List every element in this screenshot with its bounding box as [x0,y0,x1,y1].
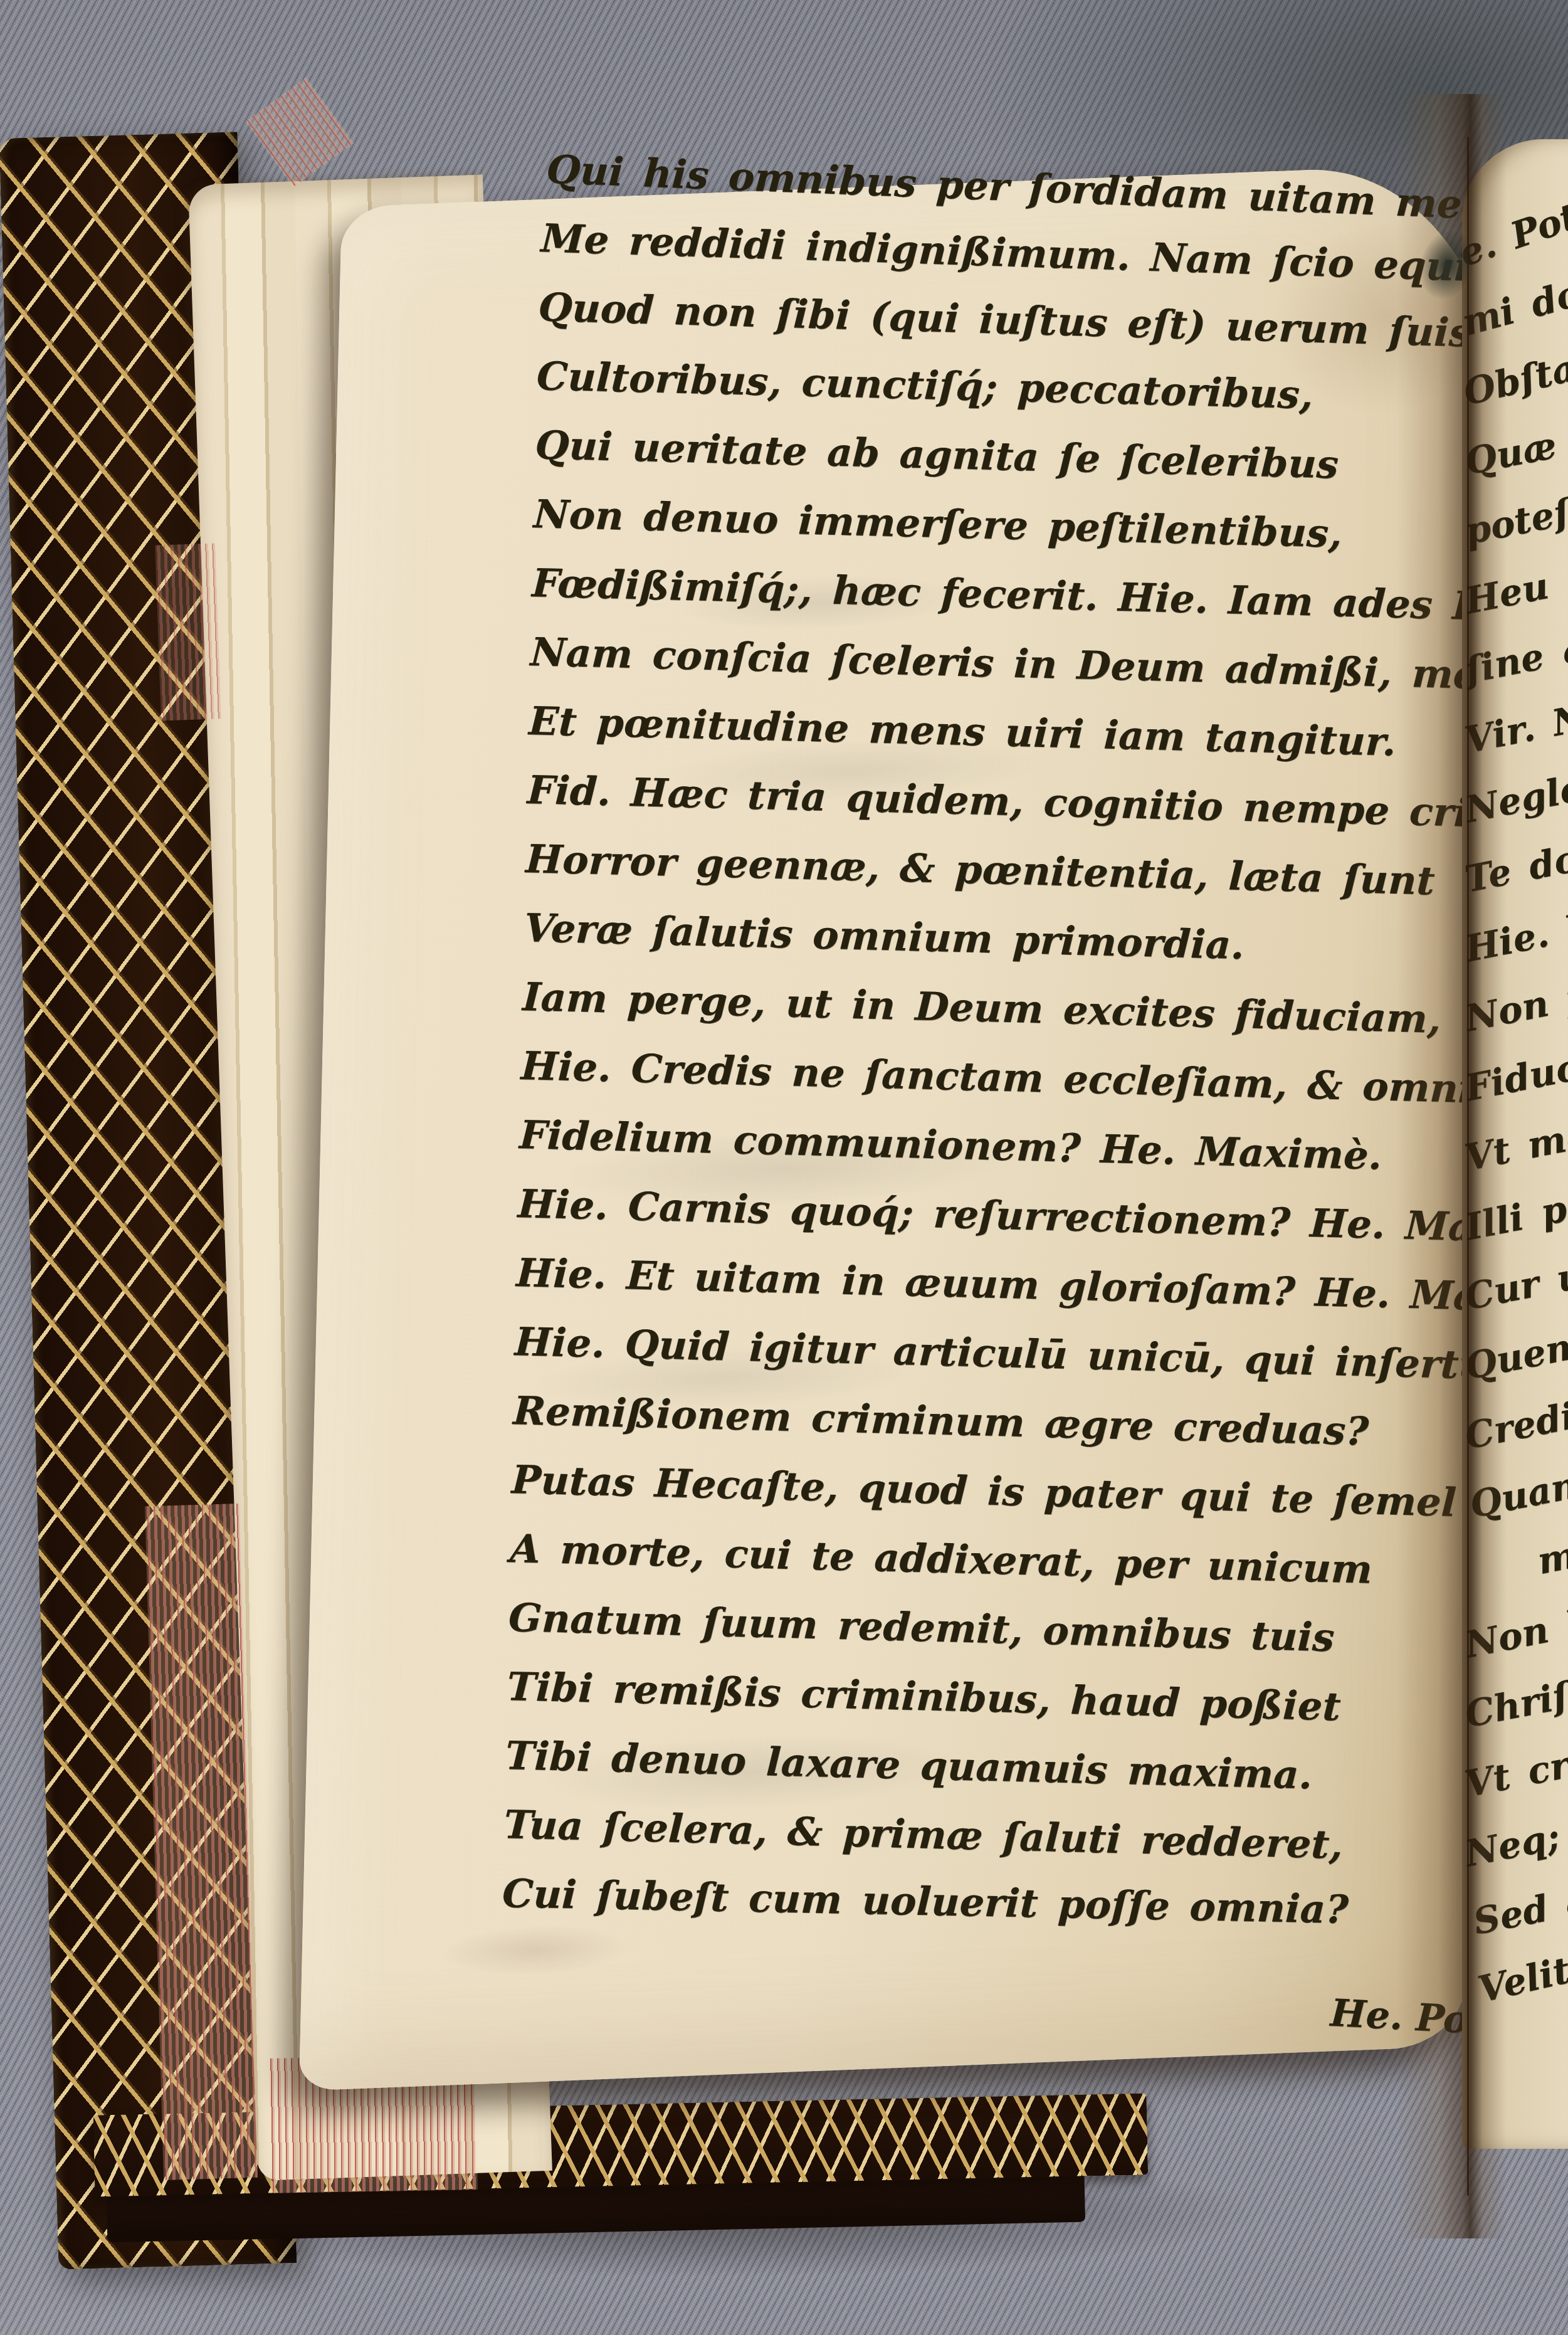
book-photo: Qui his omnibus per ſordidam uitam meamM… [0,0,1568,2335]
red-stained-edge-upper [155,543,221,720]
right-page-text: e. Poteſtmi domineObſtat mihQuæ irampote… [1472,218,1568,2028]
left-page-text: Qui his omnibus per ſordidam uitam meamM… [502,135,1568,1928]
red-stained-edge-lower [145,1504,258,2180]
